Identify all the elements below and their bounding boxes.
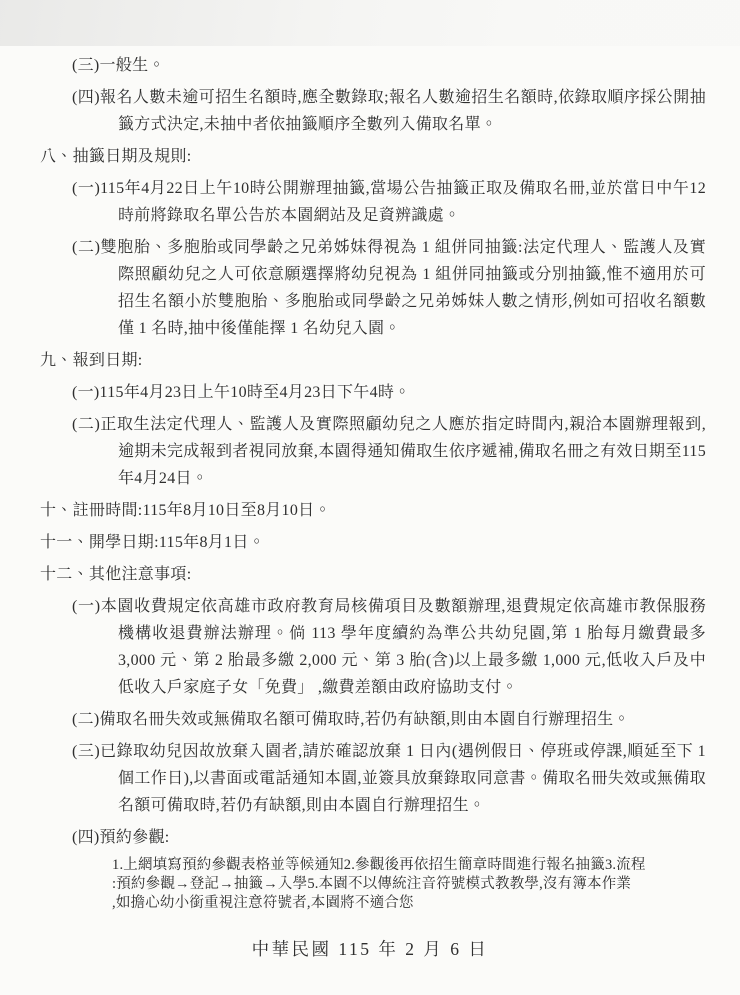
document-page: (三)一般生。 (四)報名人數未逾可招生名額時,應全數錄取;報名人數逾招生名額時…: [0, 0, 740, 995]
checkin-procedure-item: (二)正取生法定代理人、監護人及實際照顧幼兒之人應於指定時間內,親洽本園辦理報到…: [0, 411, 706, 492]
clause-over-quota-lottery: (四)報名人數未逾可招生名額時,應全數錄取;報名人數逾招生名額時,依錄取順序採公…: [0, 84, 706, 138]
document-date: 中華民國 115 年 2 月 6 日: [0, 936, 740, 963]
section-registration-heading: 十、註冊時間:115年8月10日至8月10日。: [0, 497, 706, 524]
section-school-start-heading: 十一、開學日期:115年8月1日。: [0, 529, 706, 556]
section-checkin: 九、報到日期: (一)115年4月23日上午10時至4月23日下午4時。 (二)…: [0, 347, 706, 492]
visit-note-line-2: :預約參觀→登記→抽籤→入學5.本園不以傳統注音符號模式教教學,沒有簿本作業: [0, 875, 706, 894]
section-other-notes-heading: 十二、其他注意事項:: [0, 561, 706, 588]
clause-general-student: (三)一般生。: [0, 52, 706, 79]
section-registration: 十、註冊時間:115年8月10日至8月10日。: [0, 497, 706, 524]
admission-clauses: (三)一般生。 (四)報名人數未逾可招生名額時,應全數錄取;報名人數逾招生名額時…: [0, 52, 706, 138]
lottery-date-item: (一)115年4月22日上午10時公開辦理抽籤,當場公告抽籤正取及備取名冊,並於…: [0, 175, 706, 229]
notes-visit-item: (四)預約參觀:: [0, 824, 706, 851]
notes-fee-item: (一)本園收費規定依高雄市政府教育局核備項目及數額辦理,退費規定依高雄市教保服務…: [0, 593, 706, 701]
notes-waitlist-item: (二)備取名冊失效或無備取名額可備取時,若仍有缺額,則由本園自行辦理招生。: [0, 706, 706, 733]
section-lottery-rules: 八、抽籤日期及規則: (一)115年4月22日上午10時公開辦理抽籤,當場公告抽…: [0, 143, 706, 342]
visit-note-line-1: 1.上網填寫預約參觀表格並等候通知2.參觀後再依招生簡章時間進行報名抽籤3.流程: [0, 856, 706, 875]
visit-note-line-3: ,如擔心幼小銜重視注意符號者,本園將不適合您: [0, 894, 706, 913]
section-school-start: 十一、開學日期:115年8月1日。: [0, 529, 706, 556]
lottery-twins-item: (二)雙胞胎、多胞胎或同學齡之兄弟姊妹得視為 1 組併同抽籤:法定代理人、監護人…: [0, 234, 706, 342]
scan-shading-artifact: [0, 0, 740, 46]
section-checkin-heading: 九、報到日期:: [0, 347, 706, 374]
checkin-date-item: (一)115年4月23日上午10時至4月23日下午4時。: [0, 379, 706, 406]
notes-abandon-item: (三)已錄取幼兒因故放棄入園者,請於確認放棄 1 日內(遇例假日、停班或停課,順…: [0, 738, 706, 819]
section-other-notes: 十二、其他注意事項: (一)本園收費規定依高雄市政府教育局核備項目及數額辦理,退…: [0, 561, 706, 913]
section-lottery-rules-heading: 八、抽籤日期及規則:: [0, 143, 706, 170]
